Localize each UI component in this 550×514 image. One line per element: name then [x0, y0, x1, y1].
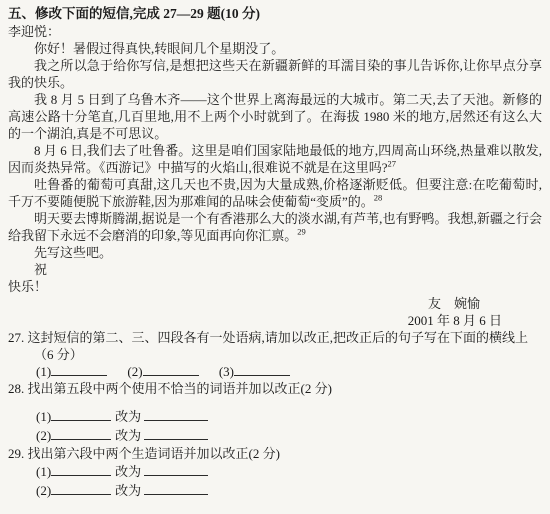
question-ref-superscript: 29: [297, 227, 306, 237]
question-29-text: 29. 找出第六段中两个生造词语并加以改正(2 分): [8, 445, 542, 462]
letter-body: 李迎悦： 你好！暑假过得真快,转眼间几个星期没了。 我之所以急于给你写信,是想把…: [8, 23, 542, 329]
question-ref-superscript: 27: [388, 159, 397, 169]
letter-closing-line: 先写这些吧。: [8, 244, 542, 261]
letter-paragraph-3: 我 8 月 5 日到了乌鲁木齐——这个世界上离海最远的大城市。第二天,去了天池。…: [8, 91, 542, 142]
answer-blank: [144, 408, 208, 421]
question-27-text: 27. 这封短信的第二、三、四段各有一处语病,请加以改正,把改正后的句子写在下面…: [8, 329, 542, 346]
questions-block: 27. 这封短信的第二、三、四段各有一处语病,请加以改正,把改正后的句子写在下面…: [8, 329, 542, 500]
answer-blank: [144, 427, 208, 440]
paragraph-text: 你好！暑假过得真快,转眼间几个星期没了。: [34, 41, 284, 56]
paragraph-text: 8 月 6 日,我们去了吐鲁番。这里是咱们国家陆地最低的地方,四周高山环绕,热量…: [8, 143, 542, 175]
question-ref-superscript: 28: [374, 193, 383, 203]
letter-paragraph-2: 我之所以急于给你写信,是想把这些天在新疆新鲜的耳濡目染的事儿告诉你,让你早点分享…: [8, 57, 542, 91]
gaiwei-label: 改为: [115, 409, 141, 424]
answer-blank: [51, 363, 107, 376]
answer-blank: [51, 427, 111, 440]
letter-signature: 友 婉愉: [8, 295, 542, 312]
answer-group-2: (2): [127, 364, 198, 379]
answer-blank: [144, 482, 208, 495]
letter-paragraph-4: 8 月 6 日,我们去了吐鲁番。这里是咱们国家陆地最低的地方,四周高山环绕,热量…: [8, 142, 542, 176]
blank-label: (3): [219, 364, 234, 379]
blank-label: (1): [36, 364, 51, 379]
paragraph-text: 我 8 月 5 日到了乌鲁木齐——这个世界上离海最远的大城市。第二天,去了天池。…: [8, 92, 542, 141]
question-27-answer-line: (1) (2) (3): [8, 363, 542, 380]
letter-paragraph-5: 吐鲁番的葡萄可真甜,这几天也不贵,因为大量成熟,价格逐渐贬低。但要注意:在吃葡萄…: [8, 176, 542, 210]
gaiwei-label: 改为: [115, 428, 141, 443]
letter-salutation: 李迎悦：: [8, 23, 542, 40]
question-27-points: （6 分）: [8, 346, 542, 363]
answer-group-3: (3): [219, 364, 290, 379]
answer-blank: [51, 408, 111, 421]
gaiwei-label: 改为: [115, 464, 141, 479]
blank-label: (2): [127, 364, 142, 379]
blank-label: (2): [36, 428, 51, 443]
letter-date: 2001 年 8 月 6 日: [8, 312, 542, 329]
letter-paragraph-1: 你好！暑假过得真快,转眼间几个星期没了。: [8, 40, 542, 57]
paragraph-text: 祝: [34, 262, 47, 277]
letter-wish: 快乐！: [8, 278, 542, 295]
question-28-text: 28. 找出第五段中两个使用不恰当的词语并加以改正(2 分): [8, 380, 542, 397]
question-29-answers: (1)改为 (2)改为: [8, 462, 542, 500]
answer-row: (1)改为: [8, 462, 542, 481]
letter-wish-prefix: 祝: [8, 261, 542, 278]
section-title: 五、修改下面的短信,完成 27—29 题(10 分): [8, 5, 542, 22]
answer-blank: [51, 463, 111, 476]
answer-blank: [143, 363, 199, 376]
blank-label: (1): [36, 464, 51, 479]
answer-blank: [51, 482, 111, 495]
answer-group-1: (1): [36, 364, 107, 379]
gaiwei-label: 改为: [115, 483, 141, 498]
answer-blank: [234, 363, 290, 376]
paragraph-text: 吐鲁番的葡萄可真甜,这几天也不贵,因为大量成熟,价格逐渐贬低。但要注意:在吃葡萄…: [8, 177, 542, 209]
paragraph-text: 我之所以急于给你写信,是想把这些天在新疆新鲜的耳濡目染的事儿告诉你,让你早点分享…: [8, 58, 542, 90]
exam-page: 五、修改下面的短信,完成 27—29 题(10 分) 李迎悦： 你好！暑假过得真…: [0, 0, 550, 514]
blank-label: (1): [36, 409, 51, 424]
letter-paragraph-6: 明天要去博斯腾湖,据说是一个有香港那么大的淡水湖,有芦苇,也有野鸭。我想,新疆之…: [8, 210, 542, 244]
paragraph-text: 先写这些吧。: [34, 245, 112, 260]
question-28-answers: (1)改为 (2)改为: [8, 407, 542, 445]
answer-row: (2)改为: [8, 481, 542, 500]
answer-row: (1)改为: [8, 407, 542, 426]
answer-row: (2)改为: [8, 426, 542, 445]
blank-label: (2): [36, 483, 51, 498]
paragraph-text: 明天要去博斯腾湖,据说是一个有香港那么大的淡水湖,有芦苇,也有野鸭。我想,新疆之…: [8, 211, 542, 243]
answer-blank: [144, 463, 208, 476]
